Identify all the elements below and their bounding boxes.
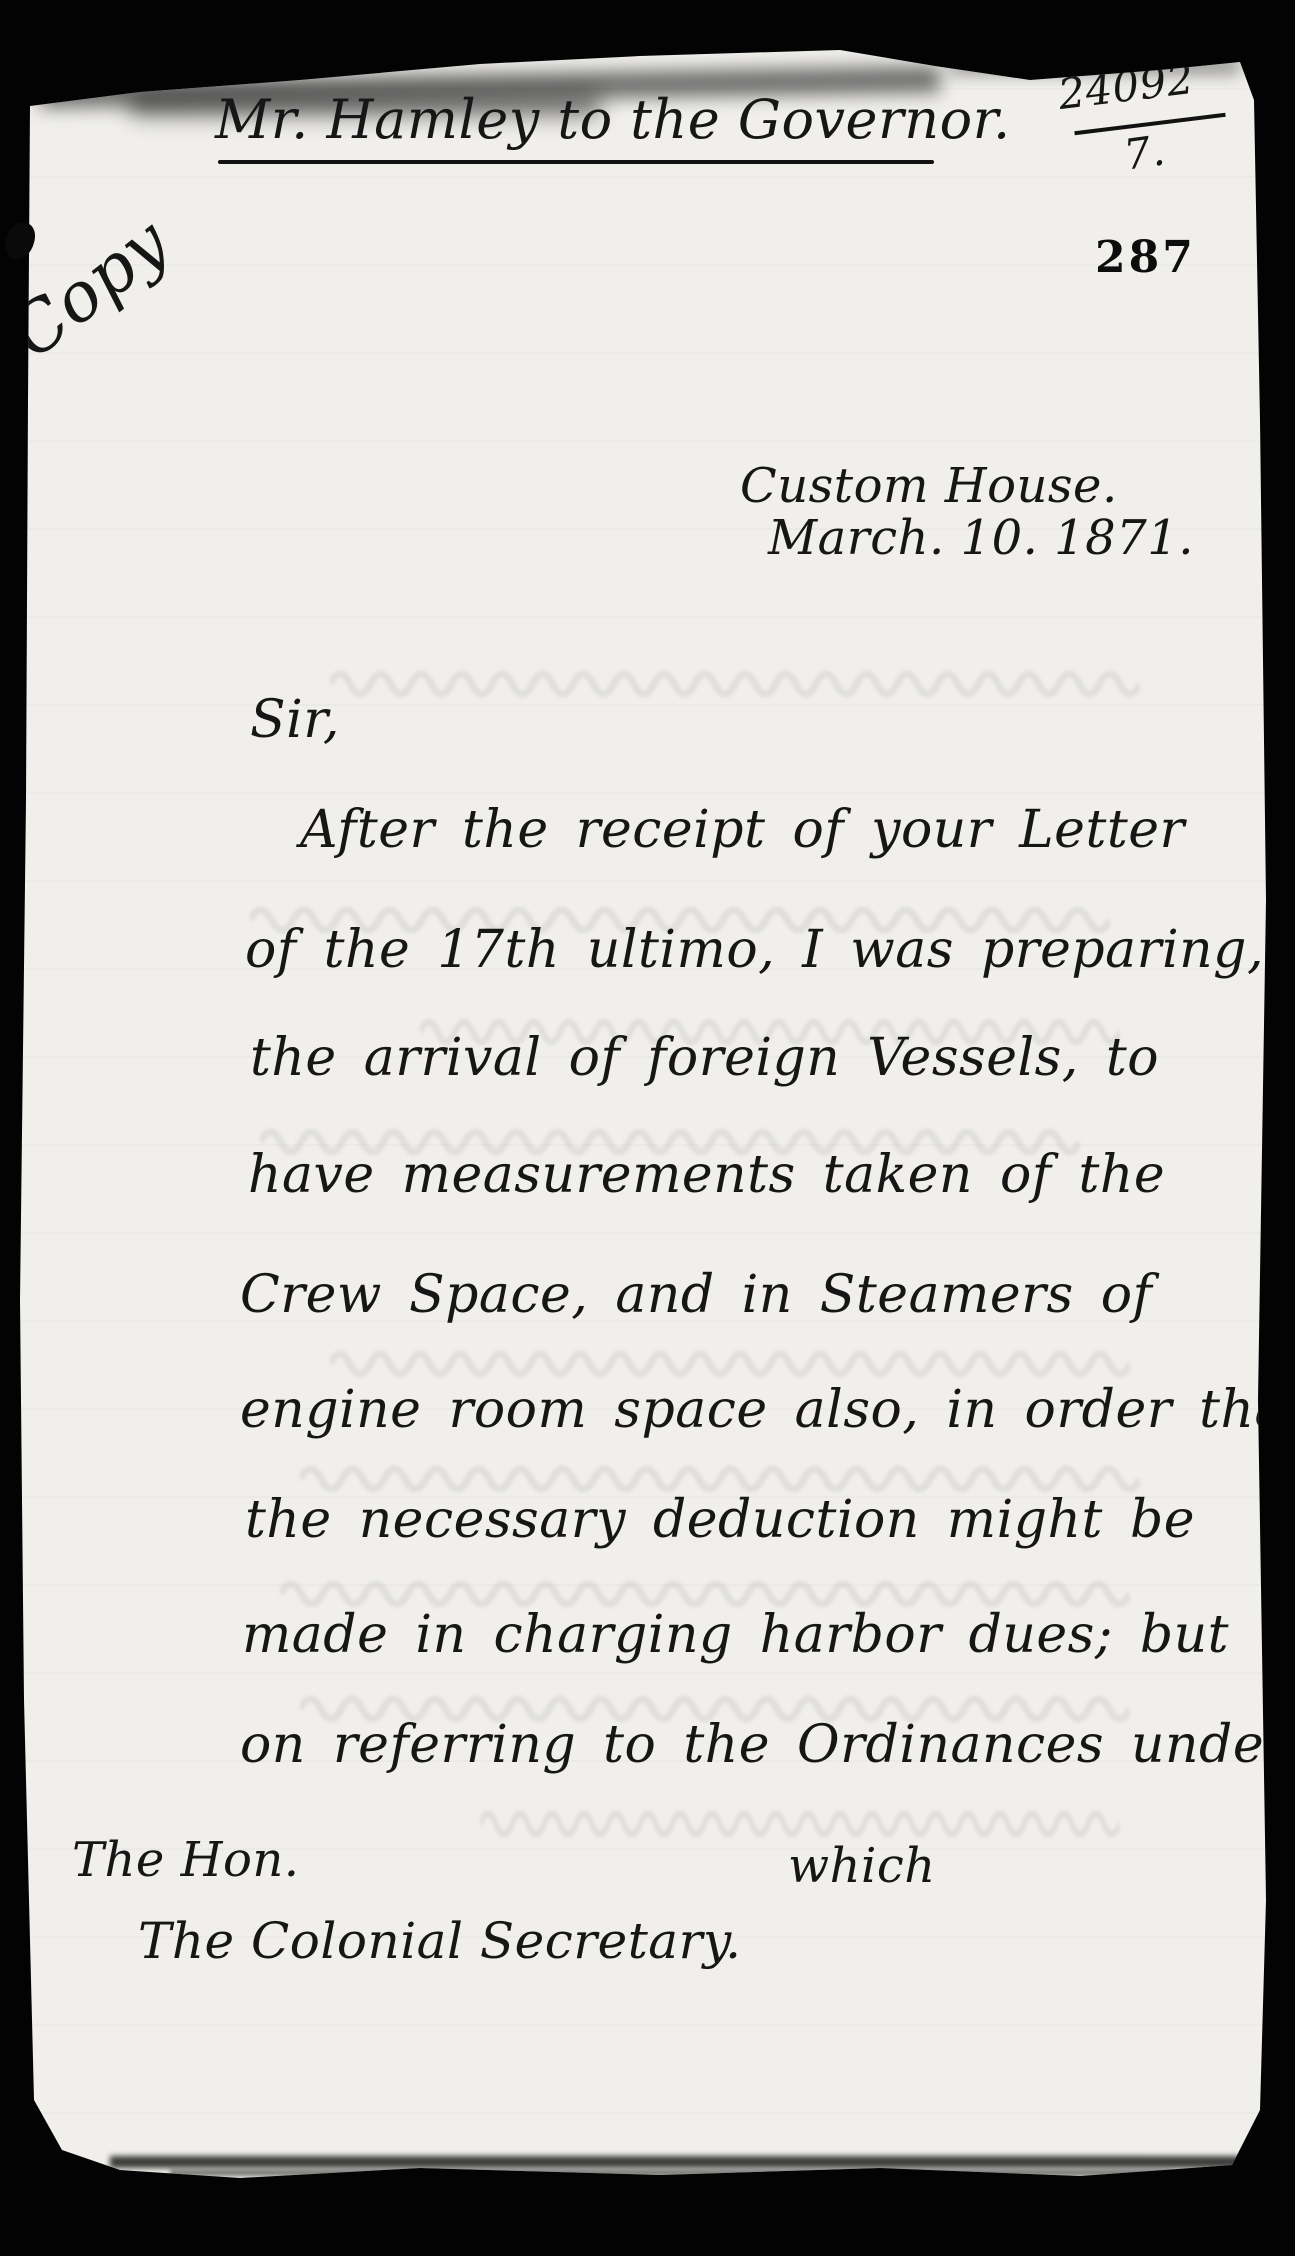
- bleed-through-line: [330, 1340, 1130, 1380]
- body-line: the necessary deduction might be: [245, 1490, 1195, 1550]
- body-line: on referring to the Ordinances under: [240, 1715, 1289, 1775]
- letter-heading: Mr. Hamley to the Governor.: [215, 88, 1011, 151]
- top-edge-shadow: [950, 58, 1240, 74]
- addressee-honorific: The Hon.: [72, 1832, 300, 1888]
- body-line: have measurements taken of the: [248, 1145, 1165, 1205]
- body-line: the arrival of foreign Vessels, to: [250, 1028, 1159, 1088]
- bleed-through-line: [300, 1455, 1140, 1495]
- heading-underline: [218, 160, 934, 164]
- bottom-edge-shadow: [170, 2170, 1170, 2176]
- bleed-through-line: [480, 1800, 1120, 1840]
- body-line: of the 17th ultimo, I was preparing, on: [245, 920, 1295, 980]
- body-line: engine room space also, in order that: [240, 1380, 1295, 1440]
- docket-number-numerator: 24092: [1056, 54, 1197, 119]
- salutation: Sir,: [250, 690, 340, 750]
- body-line: After the receipt of your Letter: [300, 800, 1185, 860]
- letter-page: Mr. Hamley to the Governor. 24092 7. 287…: [0, 0, 1295, 2256]
- bottom-edge-shadow: [110, 2156, 1240, 2168]
- catchword: which: [788, 1838, 936, 1894]
- docket-number-denominator: 7.: [1121, 125, 1168, 179]
- bleed-through-line: [280, 1570, 1130, 1610]
- scanned-document-background: Mr. Hamley to the Governor. 24092 7. 287…: [0, 0, 1295, 2256]
- body-line: Crew Space, and in Steamers of: [240, 1265, 1152, 1325]
- body-line: made in charging harbor dues; but: [242, 1605, 1229, 1665]
- addressee-title: The Colonial Secretary.: [138, 1912, 742, 1970]
- letter-place: Custom House.: [740, 458, 1118, 514]
- page-number-stamp: 287: [1095, 232, 1196, 283]
- bleed-through-line: [330, 660, 1140, 700]
- letter-date: March. 10. 1871.: [768, 510, 1194, 566]
